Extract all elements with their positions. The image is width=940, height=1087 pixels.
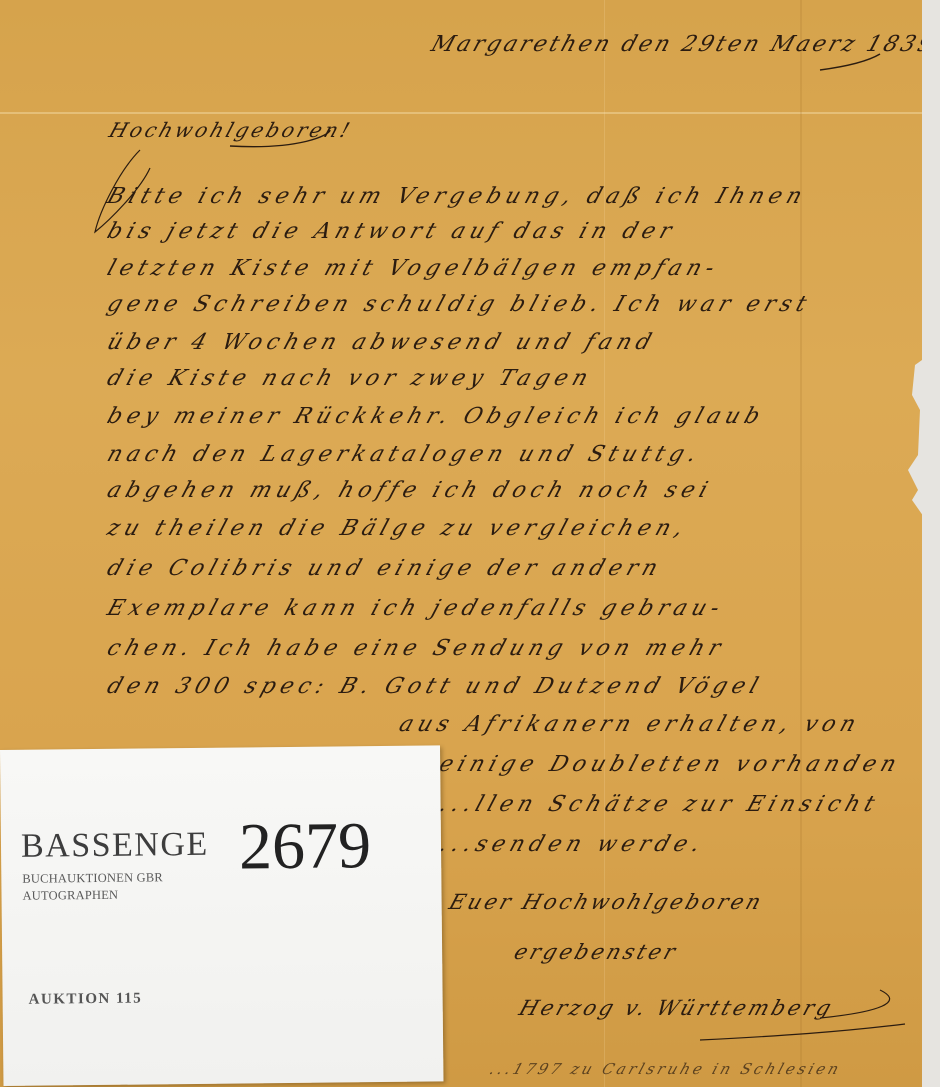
letter-line: die Colibris und einige der andern xyxy=(104,556,666,581)
auction-lot-card: BASSENGE BUCHAUKTIONEN GBR AUTOGRAPHEN 2… xyxy=(0,745,443,1086)
letter-closing-line: Euer Hochwohlgeboren xyxy=(446,890,767,914)
letter-line: aus Afrikanern erhalten, von xyxy=(396,712,864,737)
letter-line: zu theilen die Bälge zu vergleichen, xyxy=(104,516,691,541)
letter-signature: Herzog v. Württemberg xyxy=(516,996,837,1020)
letter-dateline: Margarethen den 29ten Maerz 1839 xyxy=(428,32,939,57)
fold-crease-horizontal xyxy=(0,112,922,114)
letter-line: über 4 Wochen abwesend und fand xyxy=(104,330,659,355)
letter-line: chen. Ich habe eine Sendung von mehr xyxy=(104,636,729,661)
letter-line: Bitte ich sehr um Vergebung, daß ich Ihn… xyxy=(104,184,810,209)
letter-line: den 300 spec: B. Gott und Dutzend Vögel xyxy=(104,674,766,699)
letter-line: ...senden werde. xyxy=(436,832,708,857)
subtitle-line: BUCHAUKTIONEN GBR xyxy=(22,869,163,887)
letter-closing-line: ergebenster xyxy=(511,940,681,964)
letter-line: ...llen Schätze zur Einsicht xyxy=(436,792,883,817)
auction-house-name: BASSENGE xyxy=(21,826,209,866)
letter-line: Exemplare kann ich jedenfalls gebrau- xyxy=(104,596,728,621)
fold-crease-vertical xyxy=(800,0,802,1087)
letter-salutation: Hochwohlgeboren! xyxy=(106,118,356,142)
letter-footnote: ...1797 zu Carlsruhe in Schlesien xyxy=(487,1060,844,1078)
letter-line: bey meiner Rückkehr. Obgleich ich glaub xyxy=(104,404,768,429)
subtitle-line: AUTOGRAPHEN xyxy=(22,886,163,904)
letter-line: gene Schreiben schuldig blieb. Ich war e… xyxy=(104,292,815,317)
letter-line: abgehen muß, hoffe ich doch noch sei xyxy=(104,478,716,503)
lot-number: 2679 xyxy=(239,808,372,885)
fold-crease-vertical-faint xyxy=(604,0,605,1087)
letter-line: letzten Kiste mit Vogelbälgen empfan- xyxy=(104,256,723,281)
letter-line: die Kiste nach vor zwey Tagen xyxy=(104,366,596,391)
letter-line: bis jetzt die Antwort auf das in der xyxy=(104,219,680,244)
auction-label: AUKTION 115 xyxy=(29,991,143,1009)
auction-house-subtitle: BUCHAUKTIONEN GBR AUTOGRAPHEN xyxy=(22,869,163,904)
letter-line: einige Doubletten vorhanden xyxy=(436,752,904,777)
letter-line: nach den Lagerkatalogen und Stuttg. xyxy=(104,442,705,467)
